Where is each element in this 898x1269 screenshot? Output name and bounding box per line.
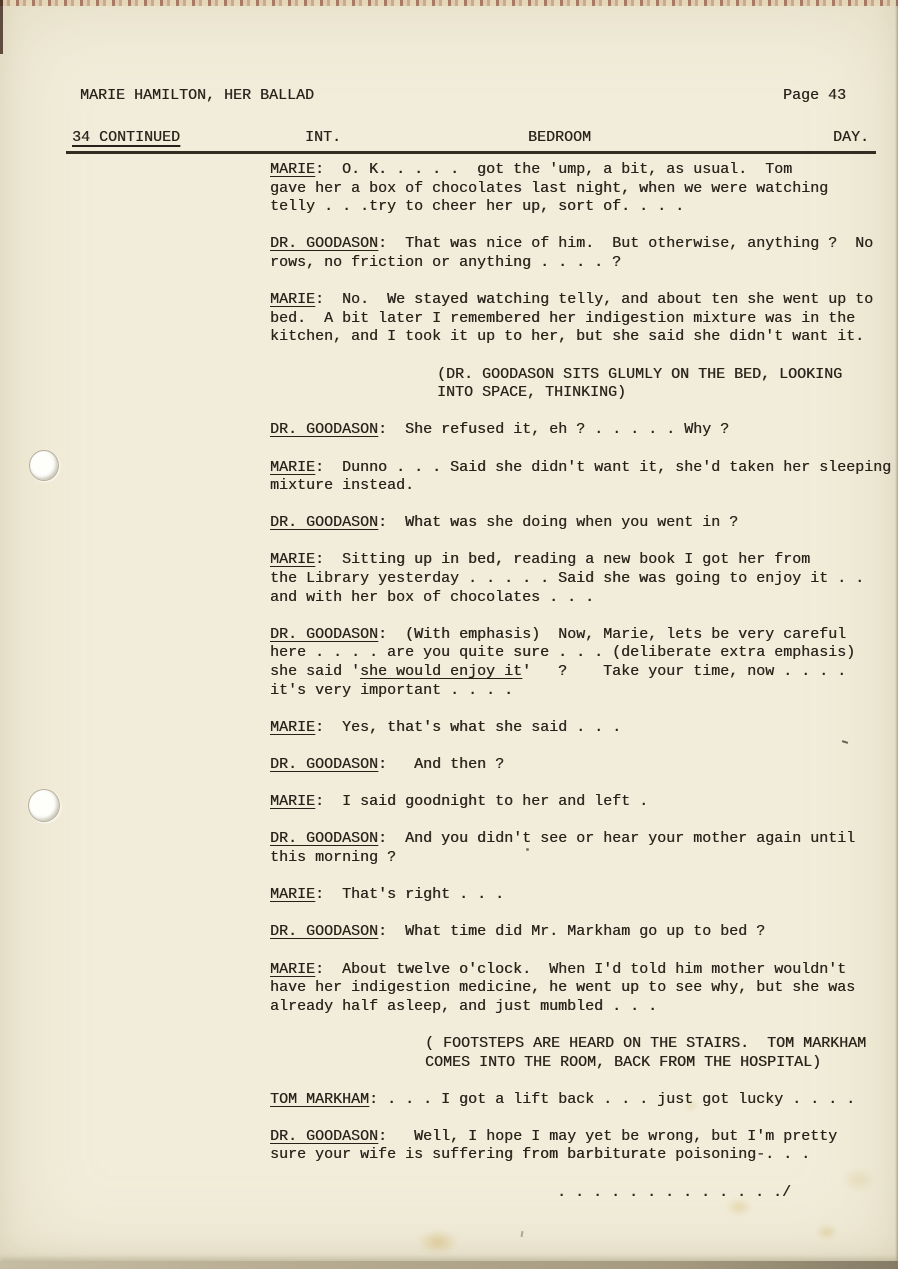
script-body: MARIE: O. K. . . . . got the 'ump, a bit… — [270, 161, 898, 1221]
scene-heading: 34 CONTINUED INT. BEDROOM DAY. — [66, 126, 876, 154]
paper-stain — [816, 1224, 838, 1240]
dialogue-block: DR. GOODASON: And you didn't see or hear… — [270, 830, 898, 867]
speaker-name: DR. GOODASON — [270, 830, 378, 847]
page-header: MARIE HAMILTON, HER BALLAD Page 43 — [0, 87, 898, 107]
corner-mark — [0, 0, 3, 54]
dialogue-block: MARIE: Dunno . . . Said she didn't want … — [270, 459, 898, 496]
speaker-name: DR. GOODASON — [270, 421, 378, 438]
speaker-name: MARIE — [270, 161, 315, 178]
dialogue-block: MARIE: That's right . . . — [270, 886, 898, 905]
speaker-name: MARIE — [270, 961, 315, 978]
scan-bottom-edge — [0, 1261, 898, 1269]
script-page: MARIE HAMILTON, HER BALLAD Page 43 34 CO… — [0, 0, 898, 1269]
dialogue-block: MARIE: I said goodnight to her and left … — [270, 793, 898, 812]
stage-direction: ( FOOTSTEPS ARE HEARD ON THE STAIRS. TOM… — [425, 1035, 898, 1072]
speaker-name: DR. GOODASON — [270, 756, 378, 773]
scene-time: DAY. — [833, 129, 869, 146]
dialogue-block: MARIE: About twelve o'clock. When I'd to… — [270, 961, 898, 1017]
speaker-name: MARIE — [270, 719, 315, 736]
ink-speck — [520, 1231, 523, 1237]
dialogue-block: DR. GOODASON: What time did Mr. Markham … — [270, 923, 898, 942]
dialogue-block: DR. GOODASON: (With emphasis) Now, Marie… — [270, 626, 898, 700]
speaker-name: DR. GOODASON — [270, 923, 378, 940]
dialogue-block: DR. GOODASON: That was nice of him. But … — [270, 235, 898, 272]
paper-stain — [418, 1230, 458, 1254]
scene-int-ext: INT. — [305, 129, 341, 146]
dialogue-block: DR. GOODASON: Well, I hope I may yet be … — [270, 1128, 898, 1165]
speaker-name: MARIE — [270, 291, 315, 308]
scene-number: 34 CONTINUED — [72, 129, 180, 146]
dialogue-block: MARIE: O. K. . . . . got the 'ump, a bit… — [270, 161, 898, 217]
stage-direction: (DR. GOODASON SITS GLUMLY ON THE BED, LO… — [437, 366, 898, 403]
speaker-name: MARIE — [270, 793, 315, 810]
hole-punch-bottom — [28, 789, 60, 822]
dialogue-block: TOM MARKHAM: . . . I got a lift back . .… — [270, 1091, 898, 1110]
continuation-mark: . . . . . . . . . . . . ./ — [557, 1184, 898, 1203]
speaker-name: DR. GOODASON — [270, 1128, 378, 1145]
dialogue-block: MARIE: Yes, that's what she said . . . — [270, 719, 898, 738]
speaker-name: MARIE — [270, 551, 315, 568]
scan-top-edge — [0, 0, 898, 6]
speaker-name: DR. GOODASON — [270, 514, 378, 531]
speaker-name: MARIE — [270, 459, 315, 476]
speaker-name: TOM MARKHAM — [270, 1091, 369, 1108]
scene-location: BEDROOM — [528, 129, 591, 146]
dialogue-block: DR. GOODASON: What was she doing when yo… — [270, 514, 898, 533]
speaker-name: DR. GOODASON — [270, 626, 378, 643]
hole-punch-top — [29, 450, 59, 481]
speaker-name: DR. GOODASON — [270, 235, 378, 252]
speaker-name: MARIE — [270, 886, 315, 903]
dialogue-block: DR. GOODASON: She refused it, eh ? . . .… — [270, 421, 898, 440]
page-number: Page 43 — [783, 87, 846, 104]
dialogue-block: DR. GOODASON: And then ? — [270, 756, 898, 775]
underlined-phrase: she would enjoy it — [360, 663, 522, 680]
dialogue-block: MARIE: No. We stayed watching telly, and… — [270, 291, 898, 347]
script-title: MARIE HAMILTON, HER BALLAD — [80, 87, 314, 104]
dialogue-block: MARIE: Sitting up in bed, reading a new … — [270, 551, 898, 607]
